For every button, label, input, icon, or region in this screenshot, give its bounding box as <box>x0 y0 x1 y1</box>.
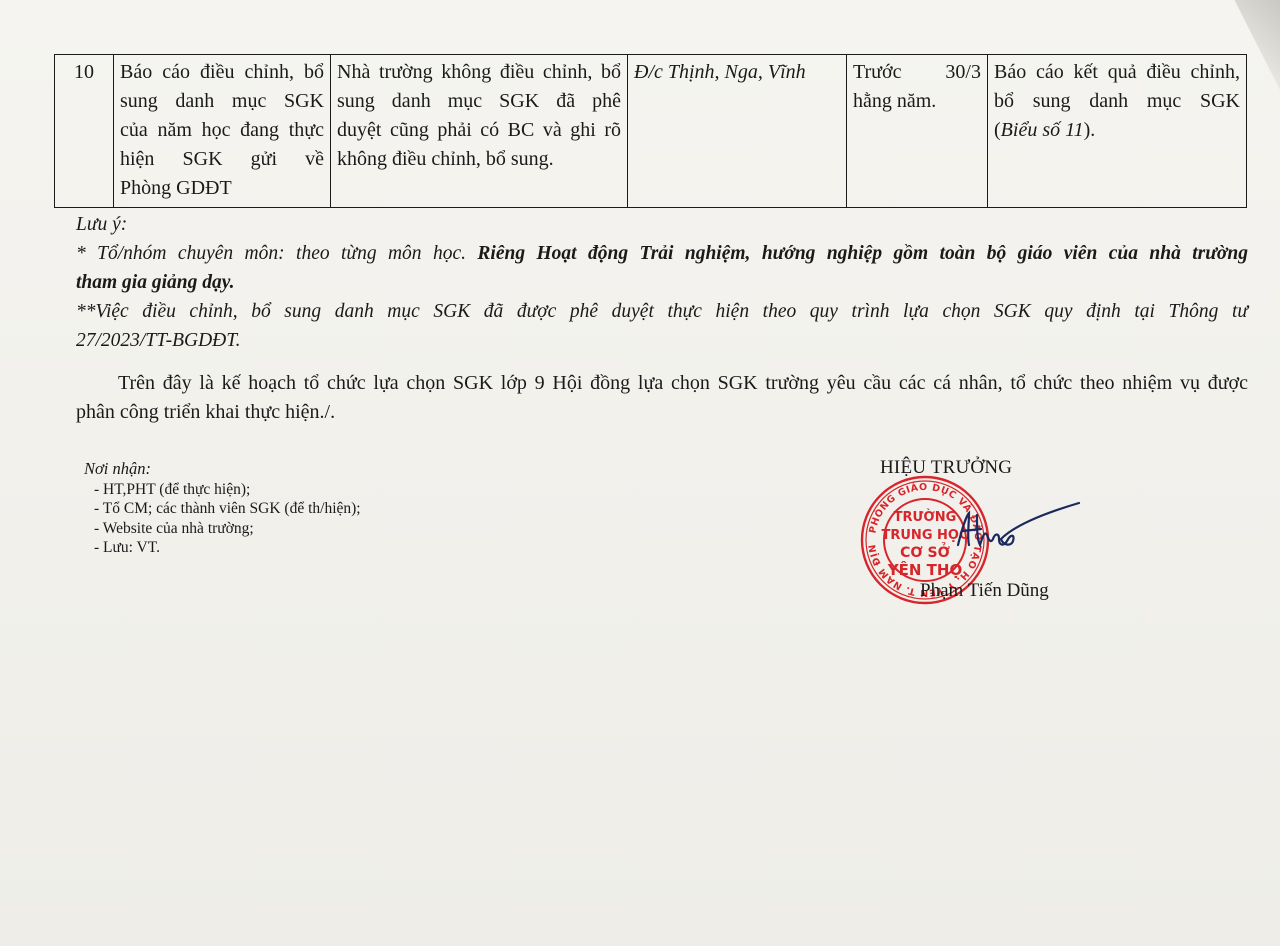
recipients-block: Nơi nhận: - HT,PHT (để thực hiện); - Tổ … <box>84 459 361 558</box>
task-line: Phòng GDĐT <box>120 174 324 203</box>
task-cell: Báo cáo điều chỉnh, bổ sung danh mục SGK… <box>114 55 331 208</box>
product-line: Báo cáo kết quả điều chỉnh, <box>994 58 1240 87</box>
svg-text:TRƯỜNG: TRƯỜNG <box>894 509 957 525</box>
note-cell: Nhà trường không điều chỉnh, bổ sung dan… <box>331 55 628 208</box>
signer-name: Phạm Tiến Dũng <box>920 580 1049 602</box>
note-2: **Việc điều chỉnh, bổ sung danh mục SGK … <box>76 297 1248 326</box>
recipient-item: - HT,PHT (để thực hiện); <box>84 480 361 500</box>
time-line: Trước 30/3 <box>853 58 981 87</box>
plan-table: 10 Báo cáo điều chỉnh, bổ sung danh mục … <box>54 54 1247 208</box>
note-1-continued: tham gia giảng dạy. <box>76 268 1248 297</box>
note-line: không điều chỉnh, bổ sung. <box>337 145 621 174</box>
recipient-item: - Website của nhà trường; <box>84 519 361 539</box>
responsible-cell: Đ/c Thịnh, Nga, Vĩnh <box>628 55 847 208</box>
svg-text:CƠ SỞ: CƠ SỞ <box>900 542 950 561</box>
task-line: sung danh mục SGK <box>120 87 324 116</box>
notes-heading: Lưu ý: <box>76 210 1248 239</box>
table-row: 10 Báo cáo điều chỉnh, bổ sung danh mục … <box>55 55 1247 208</box>
recipient-item: - Tổ CM; các thành viên SGK (để th/hiện)… <box>84 499 361 519</box>
note-2-continued: 27/2023/TT-BGDĐT. <box>76 326 1248 355</box>
product-reference: (Biểu số 11). <box>994 116 1240 145</box>
task-line: Báo cáo điều chỉnh, bổ <box>120 58 324 87</box>
note-line: Nhà trường không điều chỉnh, bổ <box>337 58 621 87</box>
task-line: hiện SGK gửi về <box>120 145 324 174</box>
closing-line: Trên đây là kế hoạch tổ chức lựa chọn SG… <box>76 369 1248 398</box>
task-line: của năm học đang thực <box>120 116 324 145</box>
note-line: duyệt cũng phải có BC và ghi rõ <box>337 116 621 145</box>
recipients-heading: Nơi nhận: <box>84 459 361 479</box>
svg-text:YÊN THỌ: YÊN THỌ <box>887 560 962 579</box>
document-page: 10 Báo cáo điều chỉnh, bổ sung danh mục … <box>0 0 1280 946</box>
product-line: bổ sung danh mục SGK <box>994 87 1240 116</box>
closing-paragraph: Trên đây là kế hoạch tổ chức lựa chọn SG… <box>76 369 1248 427</box>
time-cell: Trước 30/3 hằng năm. <box>847 55 988 208</box>
notes-section: Lưu ý: * Tổ/nhóm chuyên môn: theo từng m… <box>76 210 1248 355</box>
time-line: hằng năm. <box>853 87 981 116</box>
recipient-item: - Lưu: VT. <box>84 538 361 558</box>
row-number: 10 <box>55 55 114 208</box>
note-line: sung danh mục SGK đã phê <box>337 87 621 116</box>
product-cell: Báo cáo kết quả điều chỉnh, bổ sung danh… <box>988 55 1247 208</box>
note-1: * Tổ/nhóm chuyên môn: theo từng môn học.… <box>76 239 1248 268</box>
closing-line: phân công triển khai thực hiện./. <box>76 398 1248 427</box>
handwritten-signature-icon <box>955 495 1085 555</box>
